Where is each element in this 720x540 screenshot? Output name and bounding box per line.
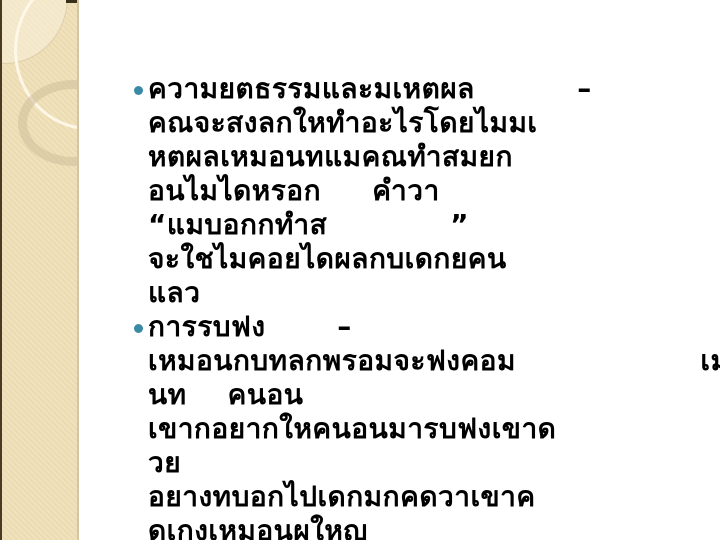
bullet-text-line: วย [148, 446, 708, 480]
bullet-item-listening: การรบฟง – เหมอนกบทลกพรอมจะฟงคอม เม นท คน… [128, 310, 708, 540]
bullet-dot-icon [134, 324, 143, 333]
slide-body: ความยตธรรมและมเหตผล – คณจะสงลกใหทำอะไรโด… [128, 72, 708, 540]
bullet-text-line: “แมบอกกทำส ” [148, 208, 708, 242]
sidebar-edge-divider [77, 0, 79, 540]
bullet-item-fairness: ความยตธรรมและมเหตผล – คณจะสงลกใหทำอะไรโด… [128, 72, 708, 310]
decorative-sidebar [0, 0, 79, 540]
bullet-text-line: การรบฟง – [148, 310, 708, 344]
bullet-text-line: ความยตธรรมและมเหตผล – [148, 72, 708, 106]
bullet-text-line: จะใชไมคอยไดผลกบเดกยคน [148, 242, 708, 276]
bullet-text-line: เหมอนกบทลกพรอมจะฟงคอม เม [148, 344, 708, 378]
bullet-text-line: แลว [148, 276, 708, 310]
bullet-text-line: อนไมไดหรอก คำวา [148, 174, 708, 208]
bullet-text-line: ดเกงเหมอนผใหญ [148, 514, 708, 540]
bullet-text-line: หตผลเหมอนทแมคณทำสมยก [148, 140, 708, 174]
bullet-text-line: คณจะสงลกใหทำอะไรโดยไมมเ [148, 106, 708, 140]
bullet-text-line: อยางทบอกไปเดกมกคดวาเขาค [148, 480, 708, 514]
bullet-text-line: เขากอยากใหคนอนมารบฟงเขาด [148, 412, 708, 446]
bullet-dot-icon [134, 86, 143, 95]
bullet-text-line: นท คนอน [148, 378, 708, 412]
